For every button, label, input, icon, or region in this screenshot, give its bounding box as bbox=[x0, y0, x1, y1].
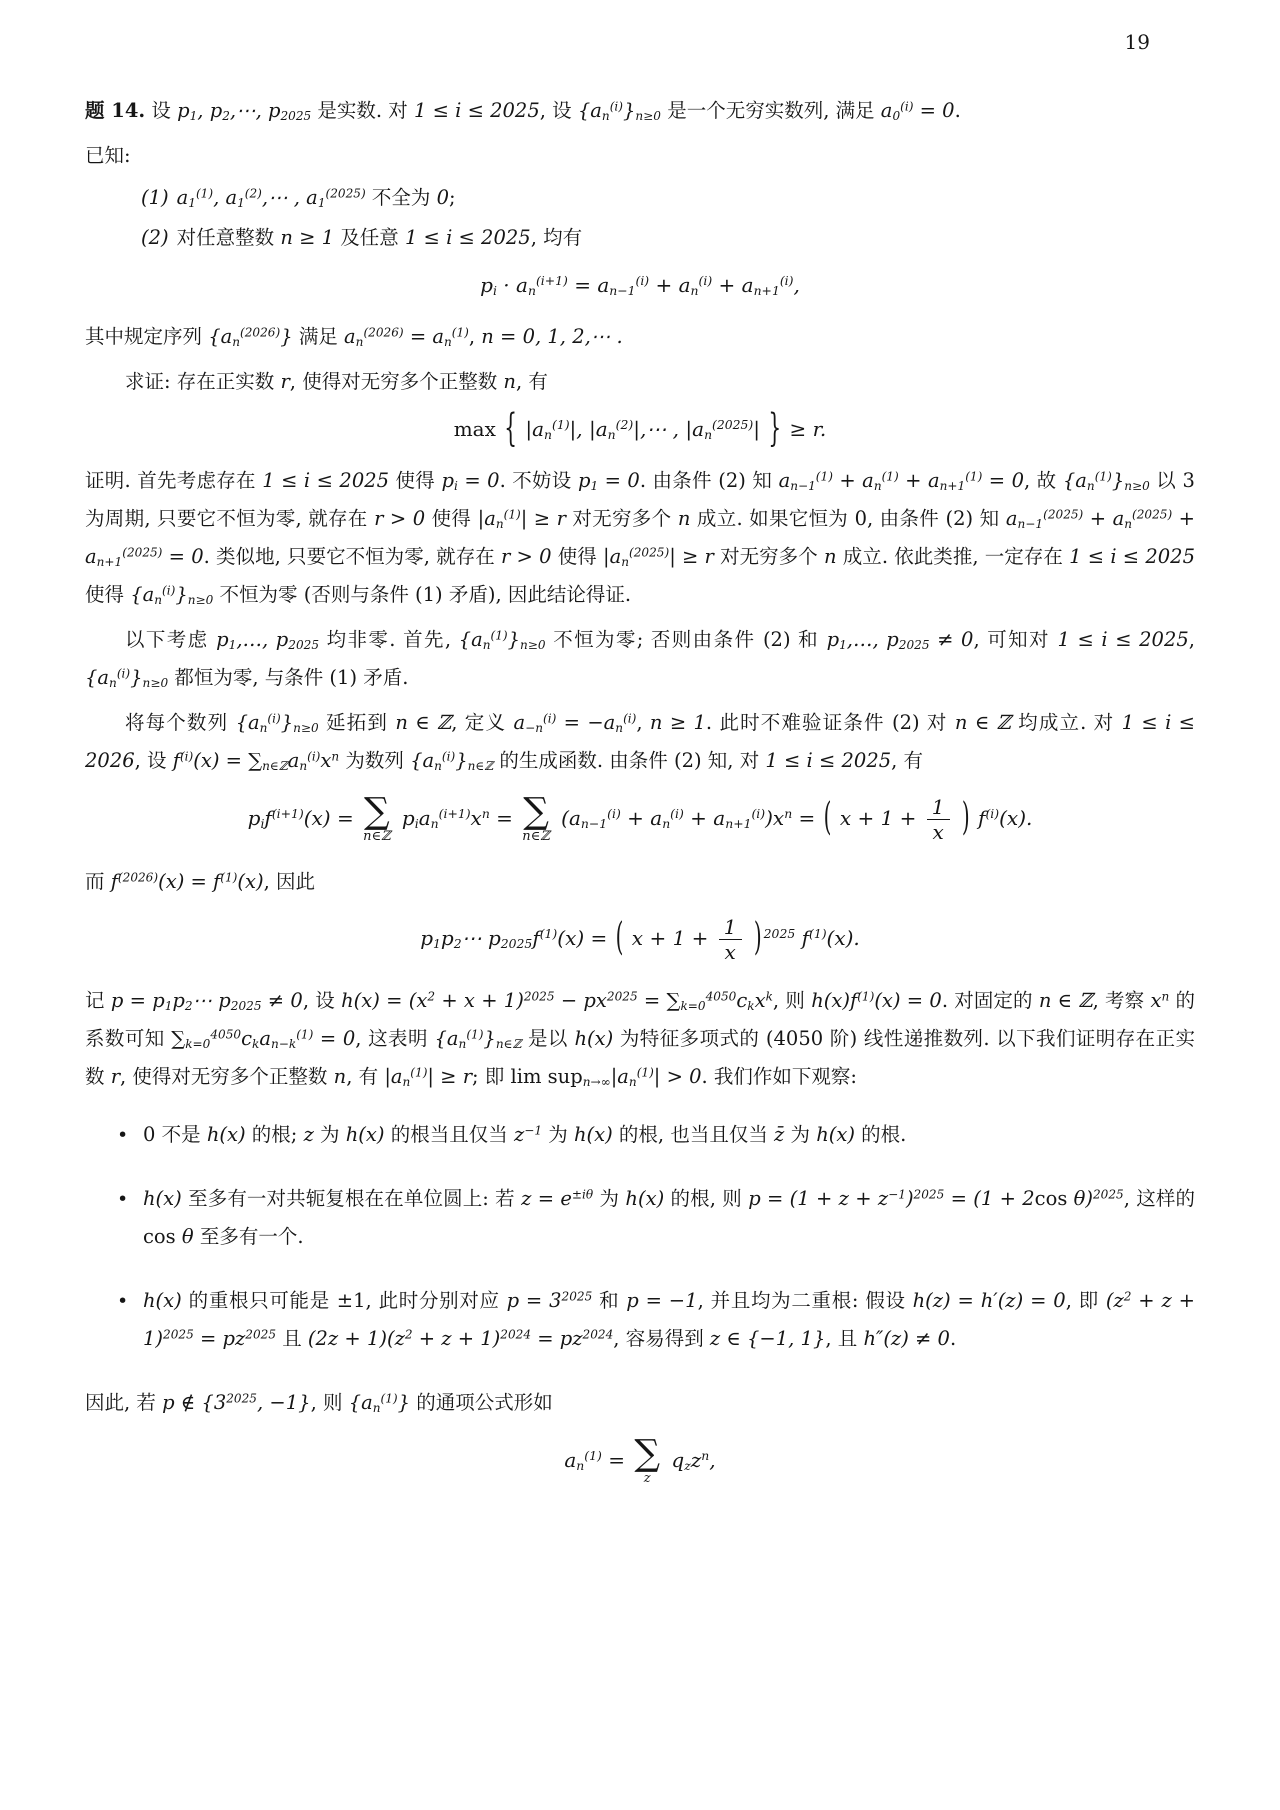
problem-label: 题 14. bbox=[85, 99, 145, 122]
proof-paragraph-5: 记 p = p1p2⋯ p2025 ≠ 0, 设 h(x) = (x2 + x … bbox=[85, 982, 1195, 1096]
goal-statement: 求证: 存在正实数 r, 使得对无穷多个正整数 n, 有 bbox=[85, 363, 1195, 401]
bullet-marker: • bbox=[117, 1180, 128, 1218]
condition-2-text: 对任意整数 n ≥ 1 及任意 1 ≤ i ≤ 2025, 均有 bbox=[177, 226, 582, 249]
proof-paragraph-3: 将每个数列 {an(i)}n≥0 延拓到 n ∈ ℤ, 定义 a−n(i) = … bbox=[85, 704, 1195, 780]
condition-2: (2)对任意整数 n ≥ 1 及任意 1 ≤ i ≤ 2025, 均有 bbox=[141, 219, 1195, 257]
conclusion-paragraph: 因此, 若 p ∉ {32025, −1}, 则 {an(1)} 的通项公式形如 bbox=[85, 1384, 1195, 1422]
document-page: 19 题 14. 设 p1, p2,⋯, p2025 是实数. 对 1 ≤ i … bbox=[0, 0, 1280, 1810]
list-item-1: •0 不是 h(x) 的根; z 为 h(x) 的根当且仅当 z−1 为 h(x… bbox=[115, 1116, 1195, 1154]
condition-1-label: (1) bbox=[141, 186, 169, 209]
equation-recurrence: pi · an(i+1) = an−1(i) + an(i) + an+1(i)… bbox=[85, 271, 1195, 300]
proof-paragraph-4: 而 f(2026)(x) = f(1)(x), 因此 bbox=[85, 863, 1195, 901]
equation-general-term: an(1) = ∑z qzzn, bbox=[85, 1436, 1195, 1487]
page-content: 题 14. 设 p1, p2,⋯, p2025 是实数. 对 1 ≤ i ≤ 2… bbox=[0, 0, 1280, 1487]
problem-intro: 设 p1, p2,⋯, p2025 是实数. 对 1 ≤ i ≤ 2025, 设… bbox=[151, 99, 960, 122]
page-number: 19 bbox=[1125, 30, 1150, 54]
condition-2-label: (2) bbox=[141, 226, 169, 249]
observation-1-text: 0 不是 h(x) 的根; z 为 h(x) 的根当且仅当 z−1 为 h(x)… bbox=[143, 1123, 906, 1146]
equation-goal: max { |an(1)|, |an(2)|,⋯ , |an(2025)| } … bbox=[85, 415, 1195, 444]
sequence-definition: 其中规定序列 {an(2026)} 满足 an(2026) = an(1), n… bbox=[85, 318, 1195, 356]
problem-statement: 题 14. 设 p1, p2,⋯, p2025 是实数. 对 1 ≤ i ≤ 2… bbox=[85, 92, 1195, 130]
list-item-2: •h(x) 至多有一对共轭复根在在单位圆上: 若 z = e±iθ 为 h(x)… bbox=[115, 1180, 1195, 1256]
list-item-3: •h(x) 的重根只可能是 ±1, 此时分别对应 p = 32025 和 p =… bbox=[115, 1282, 1195, 1358]
observation-3-text: h(x) 的重根只可能是 ±1, 此时分别对应 p = 32025 和 p = … bbox=[143, 1289, 1195, 1350]
condition-1: (1)a1(1), a1(2),⋯ , a1(2025) 不全为 0; bbox=[141, 179, 1195, 217]
bullet-marker: • bbox=[117, 1116, 128, 1154]
bullet-marker: • bbox=[117, 1282, 128, 1320]
condition-1-text: a1(1), a1(2),⋯ , a1(2025) 不全为 0; bbox=[177, 186, 456, 209]
observation-list: •0 不是 h(x) 的根; z 为 h(x) 的根当且仅当 z−1 为 h(x… bbox=[115, 1116, 1195, 1358]
observation-2-text: h(x) 至多有一对共轭复根在在单位圆上: 若 z = e±iθ 为 h(x) … bbox=[143, 1187, 1195, 1248]
proof-paragraph-2: 以下考虑 p1,…, p2025 均非零. 首先, {an(1)}n≥0 不恒为… bbox=[85, 621, 1195, 697]
equation-generating-function: pif(i+1)(x) = ∑n∈ℤ pian(i+1)xn = ∑n∈ℤ (a… bbox=[85, 794, 1195, 845]
equation-product: p1p2⋯ p2025f(1)(x) = ( x + 1 + 1x )2025 … bbox=[85, 915, 1195, 964]
given-label: 已知: bbox=[85, 137, 1195, 175]
proof-paragraph-1: 证明. 首先考虑存在 1 ≤ i ≤ 2025 使得 pi = 0. 不妨设 p… bbox=[85, 462, 1195, 614]
